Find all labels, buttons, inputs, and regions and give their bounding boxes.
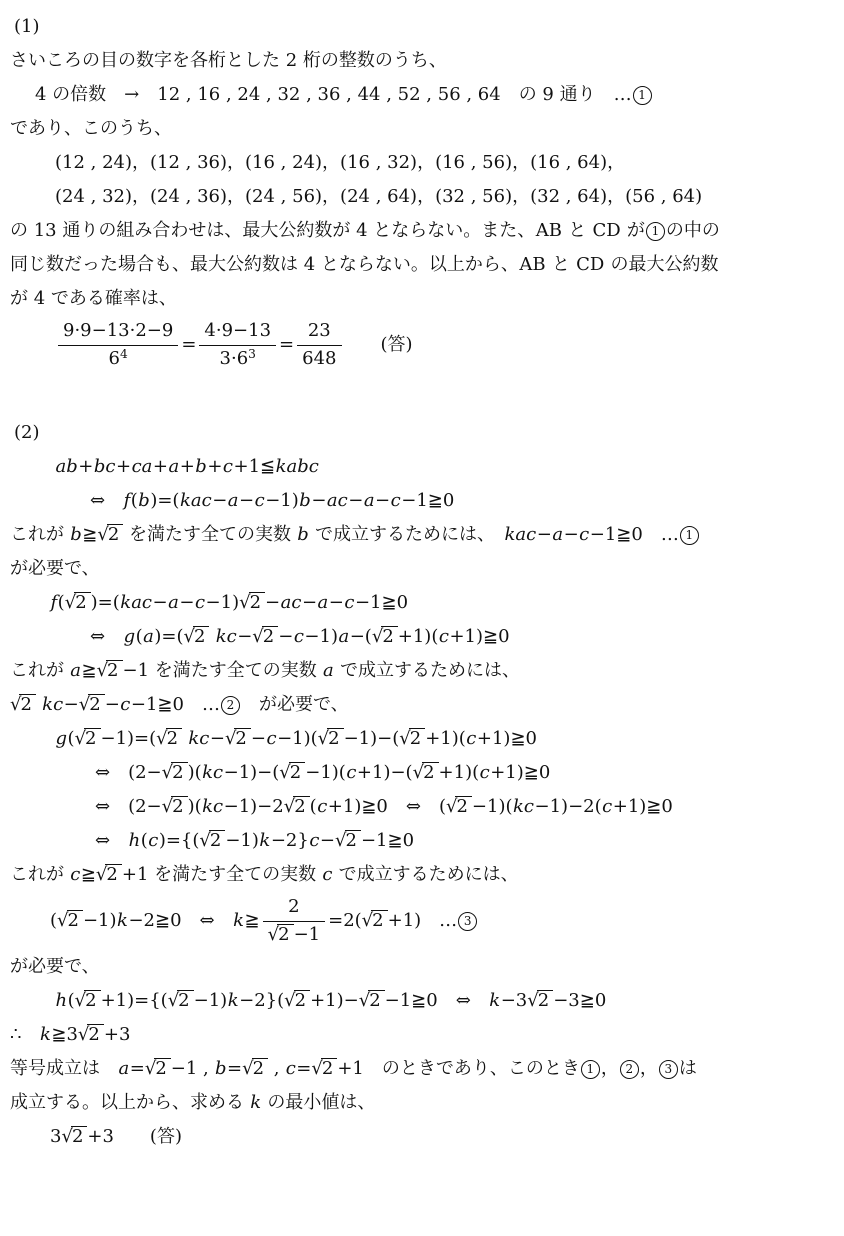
part1-multiples-of-4: 4 の倍数 → 12 , 16 , 24 , 32 , 36 , 44 , 52… (35, 78, 844, 112)
part2-eq-2: ⇔ f(b)=(kac−a−c−1)b−ac−a−c−1≧0 (90, 484, 844, 518)
sqrt: √2 (156, 722, 182, 756)
circled-number: 3 (458, 912, 477, 931)
sqrt: √2 (162, 790, 188, 824)
part1-label: (1) (14, 10, 844, 44)
circled-number: 1 (646, 222, 665, 241)
sqrt: √2 (362, 904, 388, 938)
part2-text-1: これが b≧√2 を満たす全ての実数 b で成立するためには、 kac−a−c−… (10, 518, 844, 552)
part1-text-2: であり、このうち、 (10, 112, 844, 146)
sqrt: √2 (372, 620, 398, 654)
fraction: 9·9−13·2−964 (58, 320, 178, 370)
part1-answer-formula: 9·9−13·2−964=4·9−133·63=23648 (答) (55, 320, 844, 370)
part2-answer: 3√2+3 (答) (50, 1120, 844, 1154)
circled-number: 1 (633, 86, 652, 105)
part1-text-5: が 4 である確率は、 (10, 282, 844, 316)
sqrt: √2 (225, 722, 251, 756)
part2-eq-5: √2 kc−√2−c−1≧0 …2 が必要で、 (10, 688, 844, 722)
sqrt: √2 (399, 722, 425, 756)
sqrt: √2 (96, 858, 122, 892)
sqrt: √2 (78, 1018, 104, 1052)
sqrt: √2 (168, 984, 194, 1018)
sqrt: √2 (75, 984, 101, 1018)
sqrt: √2 (199, 824, 225, 858)
part2-text-3: これが a≧√2−1 を満たす全ての実数 a で成立するためには、 (10, 654, 844, 688)
circled-number: 1 (581, 1060, 600, 1079)
sqrt: √2 (162, 756, 188, 790)
sqrt: √2 (145, 1052, 171, 1086)
part2-eq-8: ⇔ (2−√2)(kc−1)−2√2(c+1)≧0 ⇔ (√2−1)(kc−1)… (95, 790, 844, 824)
sqrt: √2 (79, 688, 105, 722)
part1-intro: さいころの目の数字を各桁とした 2 桁の整数のうち、 (10, 44, 844, 78)
circled-number: 3 (659, 1060, 678, 1079)
part2-eq-9: ⇔ h(c)={(√2−1)k−2}c−√2−1≧0 (95, 824, 844, 858)
superscript: 3 (248, 347, 256, 361)
roman-text: CD (592, 220, 621, 241)
sqrt: √2 (335, 824, 361, 858)
sqrt: √2 (57, 904, 83, 938)
sqrt: √2 (61, 1120, 87, 1154)
part2-text-2: が必要で、 (10, 552, 844, 586)
document-lines: (1)さいころの目の数字を各桁とした 2 桁の整数のうち、4 の倍数 → 12 … (0, 10, 844, 1154)
sqrt: √2 (527, 984, 553, 1018)
part2-eq-11: h(√2+1)={(√2−1)k−2}(√2+1)−√2−1≧0 ⇔ k−3√2… (55, 984, 844, 1018)
sqrt: √2 (318, 722, 344, 756)
sqrt: √2 (284, 790, 310, 824)
circled-number: 2 (620, 1060, 639, 1079)
sqrt: √2 (446, 790, 472, 824)
sqrt: √2 (65, 586, 91, 620)
part2-text-4: これが c≧√2+1 を満たす全ての実数 c で成立するためには、 (10, 858, 844, 892)
part2-eq-10: (√2−1)k−2≧0 ⇔ k≧2√2−1=2(√2+1) …3 (50, 896, 844, 946)
part1-text-4: 同じ数だった場合も、最大公約数は 4 とならない。以上から、AB と CD の最… (10, 248, 844, 282)
fraction: 23648 (297, 320, 341, 370)
sqrt: √2 (252, 620, 278, 654)
part2-eq-12: ∴ k≧3√2+3 (10, 1018, 844, 1052)
part2-eq-3: f(√2)=(kac−a−c−1)√2−ac−a−c−1≧0 (50, 586, 844, 620)
fraction: 2√2−1 (263, 896, 325, 946)
part2-text-6: 等号成立は a=√2−1 , b=√2 , c=√2+1 のときであり、このとき… (10, 1052, 844, 1086)
fraction: 4·9−133·63 (199, 320, 276, 370)
part2-eq-7: ⇔ (2−√2)(kc−1)−(√2−1)(c+1)−(√2+1)(c+1)≧0 (95, 756, 844, 790)
roman-text: AB (535, 220, 562, 241)
part2-label: (2) (14, 416, 844, 450)
part1-text-3: の 13 通りの組み合わせは、最大公約数が 4 とならない。また、AB と CD… (10, 214, 844, 248)
part1-pairs-row-1: (12 , 24)，(12 , 36)，(16 , 24)，(16 , 32)，… (55, 146, 844, 180)
part2-text-5: が必要で、 (10, 950, 844, 984)
part2-eq-4: ⇔ g(a)=(√2 kc−√2−c−1)a−(√2+1)(c+1)≧0 (90, 620, 844, 654)
sqrt: √2 (75, 722, 101, 756)
part2-eq-6: g(√2−1)=(√2 kc−√2−c−1)(√2−1)−(√2+1)(c+1)… (55, 722, 844, 756)
superscript: 4 (120, 347, 128, 361)
sqrt: √2 (97, 654, 123, 688)
solution-document: (1)さいころの目の数字を各桁とした 2 桁の整数のうち、4 の倍数 → 12 … (0, 0, 844, 1164)
circled-number: 1 (680, 526, 699, 545)
sqrt: √2 (239, 586, 265, 620)
circled-number: 2 (221, 696, 240, 715)
sqrt: √2 (311, 1052, 337, 1086)
sqrt: √2 (10, 688, 36, 722)
part2-text-7: 成立する。以上から、求める k の最小値は、 (10, 1086, 844, 1120)
sqrt: √2 (242, 1052, 268, 1086)
roman-text: CD (576, 254, 605, 275)
part1-pairs-row-2: (24 , 32)，(24 , 36)，(24 , 56)，(24 , 64)，… (55, 180, 844, 214)
part2-eq-1: ab+bc+ca+a+b+c+1≦kabc (55, 450, 844, 484)
sqrt: √2 (279, 756, 305, 790)
roman-text: AB (519, 254, 546, 275)
sqrt: √2 (97, 518, 123, 552)
sqrt: √2 (284, 984, 310, 1018)
sqrt: √2 (359, 984, 385, 1018)
sqrt: √2 (268, 924, 294, 947)
sqrt: √2 (184, 620, 210, 654)
sqrt: √2 (413, 756, 439, 790)
